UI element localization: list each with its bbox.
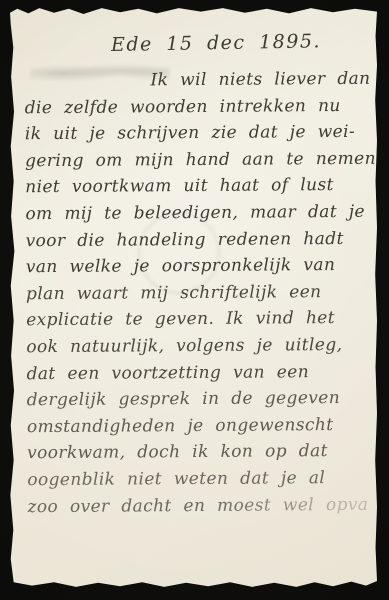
letter-line: plan waart mij schriftelijk een (26, 279, 367, 308)
letter-line: gering om mijn hand aan te nemen (25, 146, 366, 175)
letter-line: om mij te beleedigen, maar dat je (25, 199, 366, 228)
letter-line: dat een voortzetting van een (26, 358, 367, 387)
letter-line: Ik wil niets liever dan (24, 66, 365, 95)
letter-line: zoo over dacht en moest wel opvatten (27, 491, 368, 520)
letter-body: Ik wil niets liever dan die zelfde woord… (24, 66, 368, 520)
letter-line: ook natuurlijk, volgens je uitleg, (26, 332, 367, 361)
letter-photograph: Ede 15 dec 1895. Ik wil niets liever dan… (0, 0, 389, 600)
letter-line: dergelijk gesprek in de gegeven (27, 385, 368, 414)
letter-line: omstandigheden je ongewenscht (27, 412, 368, 441)
letter-line: van welke je oorspronkelijk van (26, 252, 367, 281)
letter-paper: Ede 15 dec 1895. Ik wil niets liever dan… (10, 7, 377, 588)
letter-line: oogenblik niet weten dat je al (27, 465, 368, 494)
letter-line: ik uit je schrijven zie dat je wei- (25, 119, 366, 148)
letter-line: voor die handeling redenen hadt (26, 225, 367, 254)
letter-date: Ede 15 dec 1895. (10, 30, 321, 57)
letter-line: voorkwam, doch ik kon op dat (27, 438, 368, 467)
letter-line: explicatie te geven. Ik vind het (26, 305, 367, 334)
letter-line: niet voortkwam uit haat of lust (25, 172, 366, 201)
letter-line: die zelfde woorden intrekken nu (25, 92, 366, 121)
